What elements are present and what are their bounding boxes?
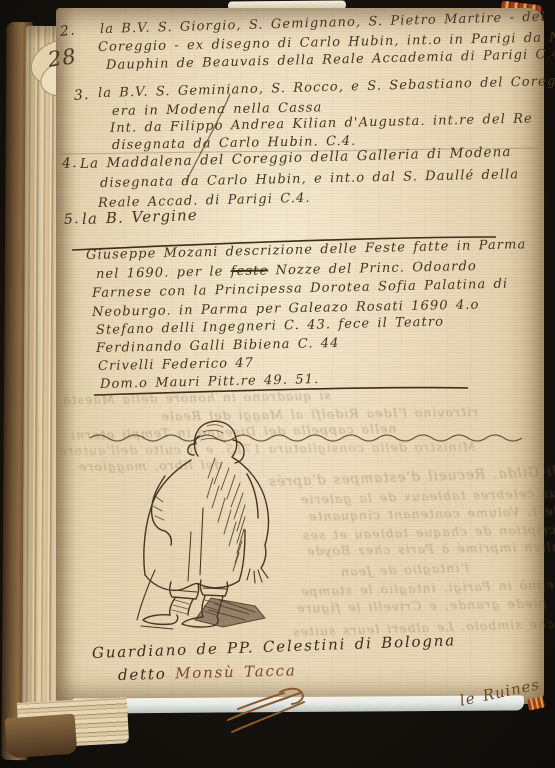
entry-4-line: disegnata da Carlo Hubin, e int.o dal S.… bbox=[100, 167, 519, 191]
note-line: Crivelli Federico 47 bbox=[98, 356, 254, 374]
figure-caption-line2: detto Monsù Tacca bbox=[118, 661, 297, 684]
caption-detto: detto bbox=[118, 665, 176, 684]
photograph-of-manuscript: { "manuscript": { "page_number": "28", "… bbox=[0, 0, 555, 768]
entry-3-line: la B.V. S. Geminiano, S. Rocco, e S. Seb… bbox=[98, 73, 555, 101]
entry-5-line: la B. Vergine bbox=[82, 206, 198, 228]
entry-number: 2. bbox=[59, 22, 76, 40]
bleedthrough-line: l'intaglio de Jean bbox=[340, 560, 469, 579]
entry-number: 4. bbox=[61, 155, 78, 172]
pen-flourish-zigzag bbox=[222, 686, 314, 740]
caption-name: Monsù Tacca bbox=[175, 661, 297, 682]
corner-inscription: le Ruines bbox=[458, 675, 541, 710]
note-text: nel 1690. per le bbox=[96, 264, 231, 282]
page-content: si quadrano in honore della Maestà ritro… bbox=[0, 0, 555, 768]
struck-word: feste bbox=[231, 263, 269, 279]
entry-number: 5. bbox=[63, 211, 80, 228]
flourish-underline bbox=[92, 384, 470, 398]
figure-drawing-man-from-behind bbox=[95, 412, 345, 652]
entry-number: 3. bbox=[73, 87, 90, 104]
note-text: Nozze del Princ. Odoardo bbox=[268, 259, 477, 278]
folio-page-number: 28 bbox=[46, 44, 78, 72]
note-line: Ferdinando Galli Bibiena C. 44 bbox=[96, 336, 340, 356]
